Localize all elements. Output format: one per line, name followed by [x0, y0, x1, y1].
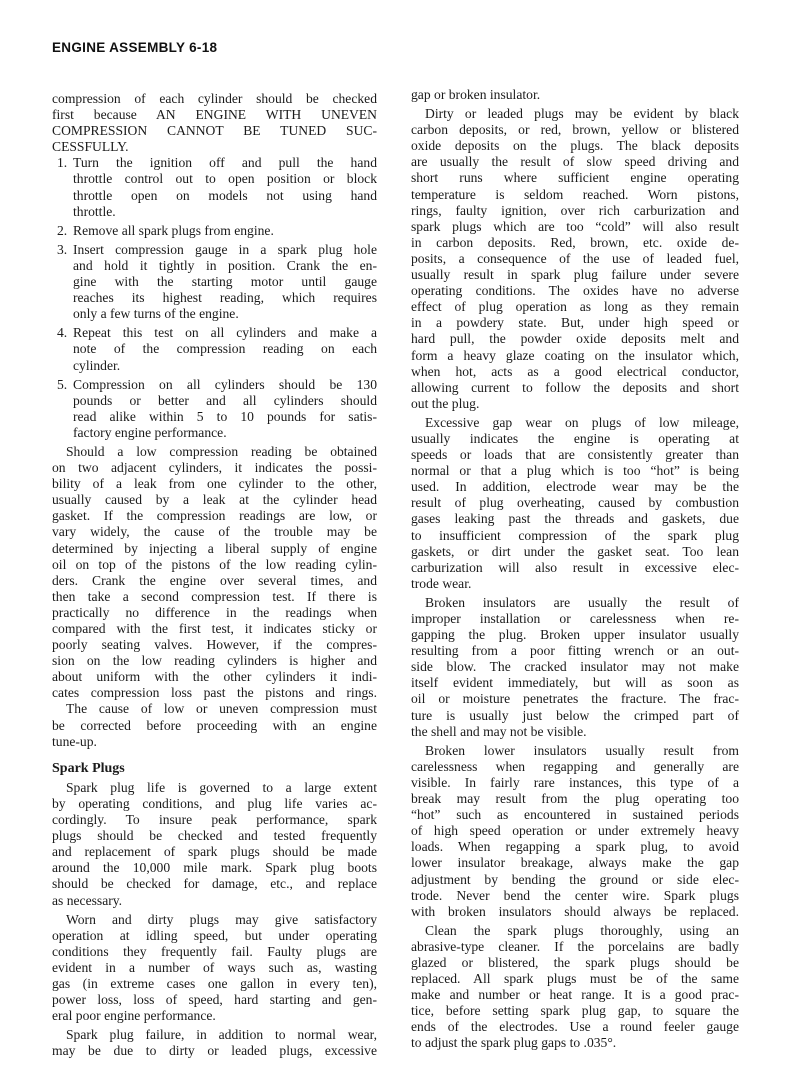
- text-line: replaced. All spark plugs must be of the…: [411, 971, 739, 987]
- intro-paragraph: compression of each cylinder should be c…: [52, 91, 377, 155]
- step-3: 3.Insert compression gauge in a spark pl…: [52, 242, 377, 322]
- text-line: glazed or blistered, the spark plugs sho…: [411, 955, 739, 971]
- text-line: temperature is seldom reached. Worn pist…: [411, 187, 739, 203]
- text-line: to insufficient compression of the spark…: [411, 528, 739, 544]
- text-line: conditions they frequently fail. Faulty …: [52, 944, 377, 960]
- text-line: about uniform with the other cylinders i…: [52, 669, 377, 685]
- text-line: determined by injecting a liberal supply…: [52, 541, 377, 557]
- text-line: reaches its highest reading, which requi…: [52, 290, 377, 306]
- text-line: visible. In fairly rare instances, this …: [411, 775, 739, 791]
- text-line: Spark plug life is governed to a large e…: [52, 780, 377, 796]
- text-line: compression of each cylinder should be c…: [52, 91, 377, 107]
- text-line: evident in a number of ways such as, was…: [52, 960, 377, 976]
- text-line: vary widely, the cause of the trouble ma…: [52, 524, 377, 540]
- text-line: allowing current to follow the deposits …: [411, 380, 739, 396]
- text-line: Broken lower insulators usually result f…: [411, 743, 739, 759]
- continuation-text: gap or broken insulator.: [411, 87, 739, 103]
- text-line: rings, faulty ignition, over rich carbur…: [411, 203, 739, 219]
- text-line: COMPRESSION CANNOT BE TUNED SUC-: [52, 123, 377, 139]
- text-line: should be checked for damage, etc., and …: [52, 876, 377, 892]
- text-line: practically no difference in the reading…: [52, 605, 377, 621]
- text-line: throttle open on models not using hand: [52, 188, 377, 204]
- text-line: note of the compression reading on each: [52, 341, 377, 357]
- step-number: 5.: [57, 377, 67, 393]
- text-line: spark plugs which are too “cold” will al…: [411, 219, 739, 235]
- text-line: gasket. If the compression readings are …: [52, 508, 377, 524]
- text-line: gine with the starting motor until gauge: [52, 274, 377, 290]
- paragraph-worn-plugs: Worn and dirty plugs may give satisfacto…: [52, 912, 377, 1025]
- text-line: be corrected before proceeding with an e…: [52, 718, 377, 734]
- text-line: used. In addition, electrode wear may be…: [411, 479, 739, 495]
- text-line: cylinder.: [52, 358, 377, 374]
- text-line: make and number or heat range. It is a g…: [411, 987, 739, 1003]
- text-line: ture is usually just below the crimped p…: [411, 708, 739, 724]
- text-line: of high speed operation or under extreme…: [411, 823, 739, 839]
- text-line: plugs should be checked and tested frequ…: [52, 828, 377, 844]
- text-line: first because AN ENGINE WITH UNEVEN: [52, 107, 377, 123]
- text-line: cates compression loss past the pistons …: [52, 685, 377, 701]
- text-line: effect of plug operation as long as they…: [411, 299, 739, 315]
- text-line: oxide deposits on the plugs. The black d…: [411, 138, 739, 154]
- text-line: oil or moisture penetrates the fracture.…: [411, 691, 739, 707]
- text-line: 2.Remove all spark plugs from engine.: [52, 223, 377, 239]
- text-line: Dirty or leaded plugs may be evident by …: [411, 106, 739, 122]
- text-line: short runs where sufficient engine opera…: [411, 170, 739, 186]
- text-line: oil on top of the pistons of the low rea…: [52, 557, 377, 573]
- paragraph-failure: Spark plug failure, in addition to norma…: [52, 1027, 377, 1059]
- text-line: and replacement of spark plugs should be…: [52, 844, 377, 860]
- text-line: carelessness when regapping and generall…: [411, 759, 739, 775]
- text-line: on two adjacent cylinders, it indicates …: [52, 460, 377, 476]
- left-column: compression of each cylinder should be c…: [52, 91, 377, 1059]
- paragraph-cause: The cause of low or uneven compression m…: [52, 701, 377, 749]
- text-line: lower insulator breakage, always make th…: [411, 855, 739, 871]
- text-line: Spark plug failure, in addition to norma…: [52, 1027, 377, 1043]
- text-line: only a few turns of the engine.: [52, 306, 377, 322]
- text-line: bility of a leak from one cylinder to th…: [52, 476, 377, 492]
- step-number: 2.: [57, 223, 67, 239]
- right-column: gap or broken insulator. Dirty or leaded…: [411, 87, 739, 1052]
- step-5: 5.Compression on all cylinders should be…: [52, 377, 377, 441]
- text-line: by operating conditions, and plug life v…: [52, 796, 377, 812]
- text-line: tune-up.: [52, 734, 377, 750]
- procedure-steps: 1.Turn the ignition off and pull the han…: [52, 155, 377, 441]
- step-number: 3.: [57, 242, 67, 258]
- text-line: carbon deposits, or red, brown, yellow o…: [411, 122, 739, 138]
- text-line: operating conditions. The oxides have no…: [411, 283, 739, 299]
- text-line: compared with the first test, it indicat…: [52, 621, 377, 637]
- text-line: eral poor engine performance.: [52, 1008, 377, 1024]
- paragraph-broken-insulators: Broken insulators are usually the result…: [411, 595, 739, 740]
- page-header: ENGINE ASSEMBLY 6-18: [52, 40, 217, 55]
- text-line: operation at idling speed, but under ope…: [52, 928, 377, 944]
- text-line: speeds or loads that are consistently gr…: [411, 447, 739, 463]
- text-line: in a powdery state. But, under high spee…: [411, 315, 739, 331]
- text-line: read alike within 5 to 10 pounds for sat…: [52, 409, 377, 425]
- text-line: The cause of low or uneven compression m…: [52, 701, 377, 717]
- text-line: sion on the low reading cylinders is hig…: [52, 653, 377, 669]
- text-line: carburization will also result in excess…: [411, 560, 739, 576]
- text-line: then take a second compression test. If …: [52, 589, 377, 605]
- text-line: as necessary.: [52, 893, 377, 909]
- text-line: CESSFULLY.: [52, 139, 377, 155]
- text-line: gaskets, or dirt under the gasket seat. …: [411, 544, 739, 560]
- text-line: throttle.: [52, 204, 377, 220]
- text-line: the shell and may not be visible.: [411, 724, 739, 740]
- step-2: 2.Remove all spark plugs from engine.: [52, 223, 377, 239]
- text-line: “hot” such as encountered in sustained p…: [411, 807, 739, 823]
- text-line: gas (in extreme cases one gallon in ever…: [52, 976, 377, 992]
- text-line: itself evident immediately, but will as …: [411, 675, 739, 691]
- text-line: ders. Crank the engine over several time…: [52, 573, 377, 589]
- text-line: hard pull, the powder oxide deposits mel…: [411, 331, 739, 347]
- section-heading-spark-plugs: Spark Plugs: [52, 761, 377, 777]
- text-line: power loss, loss of speed, hard starting…: [52, 992, 377, 1008]
- text-line: Clean the spark plugs thoroughly, using …: [411, 923, 739, 939]
- text-line: side blow. The cracked insulator may not…: [411, 659, 739, 675]
- text-line: factory engine performance.: [52, 425, 377, 441]
- paragraph-gap-wear: Excessive gap wear on plugs of low milea…: [411, 415, 739, 592]
- text-line: gap or broken insulator.: [411, 87, 739, 103]
- text-line: gapping the plug. Broken upper insulator…: [411, 627, 739, 643]
- text-line: result of plug overheating, caused by co…: [411, 495, 739, 511]
- text-line: may be due to dirty or leaded plugs, exc…: [52, 1043, 377, 1059]
- text-line: 4.Repeat this test on all cylinders and …: [52, 325, 377, 341]
- text-line: out the plug.: [411, 396, 739, 412]
- text-line: with broken insulators should always be …: [411, 904, 739, 920]
- text-line: 1.Turn the ignition off and pull the han…: [52, 155, 377, 171]
- text-line: trode. Never bend the center wire. Spark…: [411, 888, 739, 904]
- text-line: when hot, acts as a good electrical cond…: [411, 364, 739, 380]
- text-line: poorly seating valves. However, if the c…: [52, 637, 377, 653]
- text-line: ends of the electrodes. Use a round feel…: [411, 1019, 739, 1035]
- text-line: abrasive-type cleaner. If the porcelains…: [411, 939, 739, 955]
- paragraph-lower-insulators: Broken lower insulators usually result f…: [411, 743, 739, 920]
- text-line: break may result from the plug operating…: [411, 791, 739, 807]
- paragraph-clean: Clean the spark plugs thoroughly, using …: [411, 923, 739, 1052]
- text-line: loads. When regapping a spark plug, to a…: [411, 839, 739, 855]
- text-line: Excessive gap wear on plugs of low milea…: [411, 415, 739, 431]
- text-line: usually indicates the engine is operatin…: [411, 431, 739, 447]
- text-line: tice, before setting spark plug gap, to …: [411, 1003, 739, 1019]
- text-line: resulting from a poor fitting wrench or …: [411, 643, 739, 659]
- text-line: gases leaking past the threads and gaske…: [411, 511, 739, 527]
- text-line: Worn and dirty plugs may give satisfacto…: [52, 912, 377, 928]
- text-line: around the 10,000 mile mark. Spark plug …: [52, 860, 377, 876]
- text-line: form a heavy glaze coating on the insula…: [411, 348, 739, 364]
- text-line: to adjust the spark plug gaps to .035°.: [411, 1035, 739, 1051]
- text-line: cordingly. To insure peak performance, s…: [52, 812, 377, 828]
- text-line: throttle control out to open position or…: [52, 171, 377, 187]
- text-line: are usually the result of slow speed dri…: [411, 154, 739, 170]
- text-line: posits, a consequence of the use of lead…: [411, 251, 739, 267]
- text-line: pounds or better and all cylinders shoul…: [52, 393, 377, 409]
- step-number: 4.: [57, 325, 67, 341]
- step-number: 1.: [57, 155, 67, 171]
- text-line: usually caused by a leak at the cylinder…: [52, 492, 377, 508]
- text-line: 5.Compression on all cylinders should be…: [52, 377, 377, 393]
- text-line: improper installation or carelessness wh…: [411, 611, 739, 627]
- text-line: in carbon deposits. Red, brown, etc. oxi…: [411, 235, 739, 251]
- text-line: 3.Insert compression gauge in a spark pl…: [52, 242, 377, 258]
- step-1: 1.Turn the ignition off and pull the han…: [52, 155, 377, 219]
- text-line: Should a low compression reading be obta…: [52, 444, 377, 460]
- text-line: trode wear.: [411, 576, 739, 592]
- text-line: and hold it tightly in position. Crank t…: [52, 258, 377, 274]
- paragraph-low-compression: Should a low compression reading be obta…: [52, 444, 377, 702]
- text-line: Broken insulators are usually the result…: [411, 595, 739, 611]
- step-4: 4.Repeat this test on all cylinders and …: [52, 325, 377, 373]
- text-line: normal or that a plug which is too “hot”…: [411, 463, 739, 479]
- text-line: usually result in spark plug failure und…: [411, 267, 739, 283]
- paragraph-dirty-leaded: Dirty or leaded plugs may be evident by …: [411, 106, 739, 412]
- text-line: adjustment by bending the ground or side…: [411, 872, 739, 888]
- paragraph-plug-life: Spark plug life is governed to a large e…: [52, 780, 377, 909]
